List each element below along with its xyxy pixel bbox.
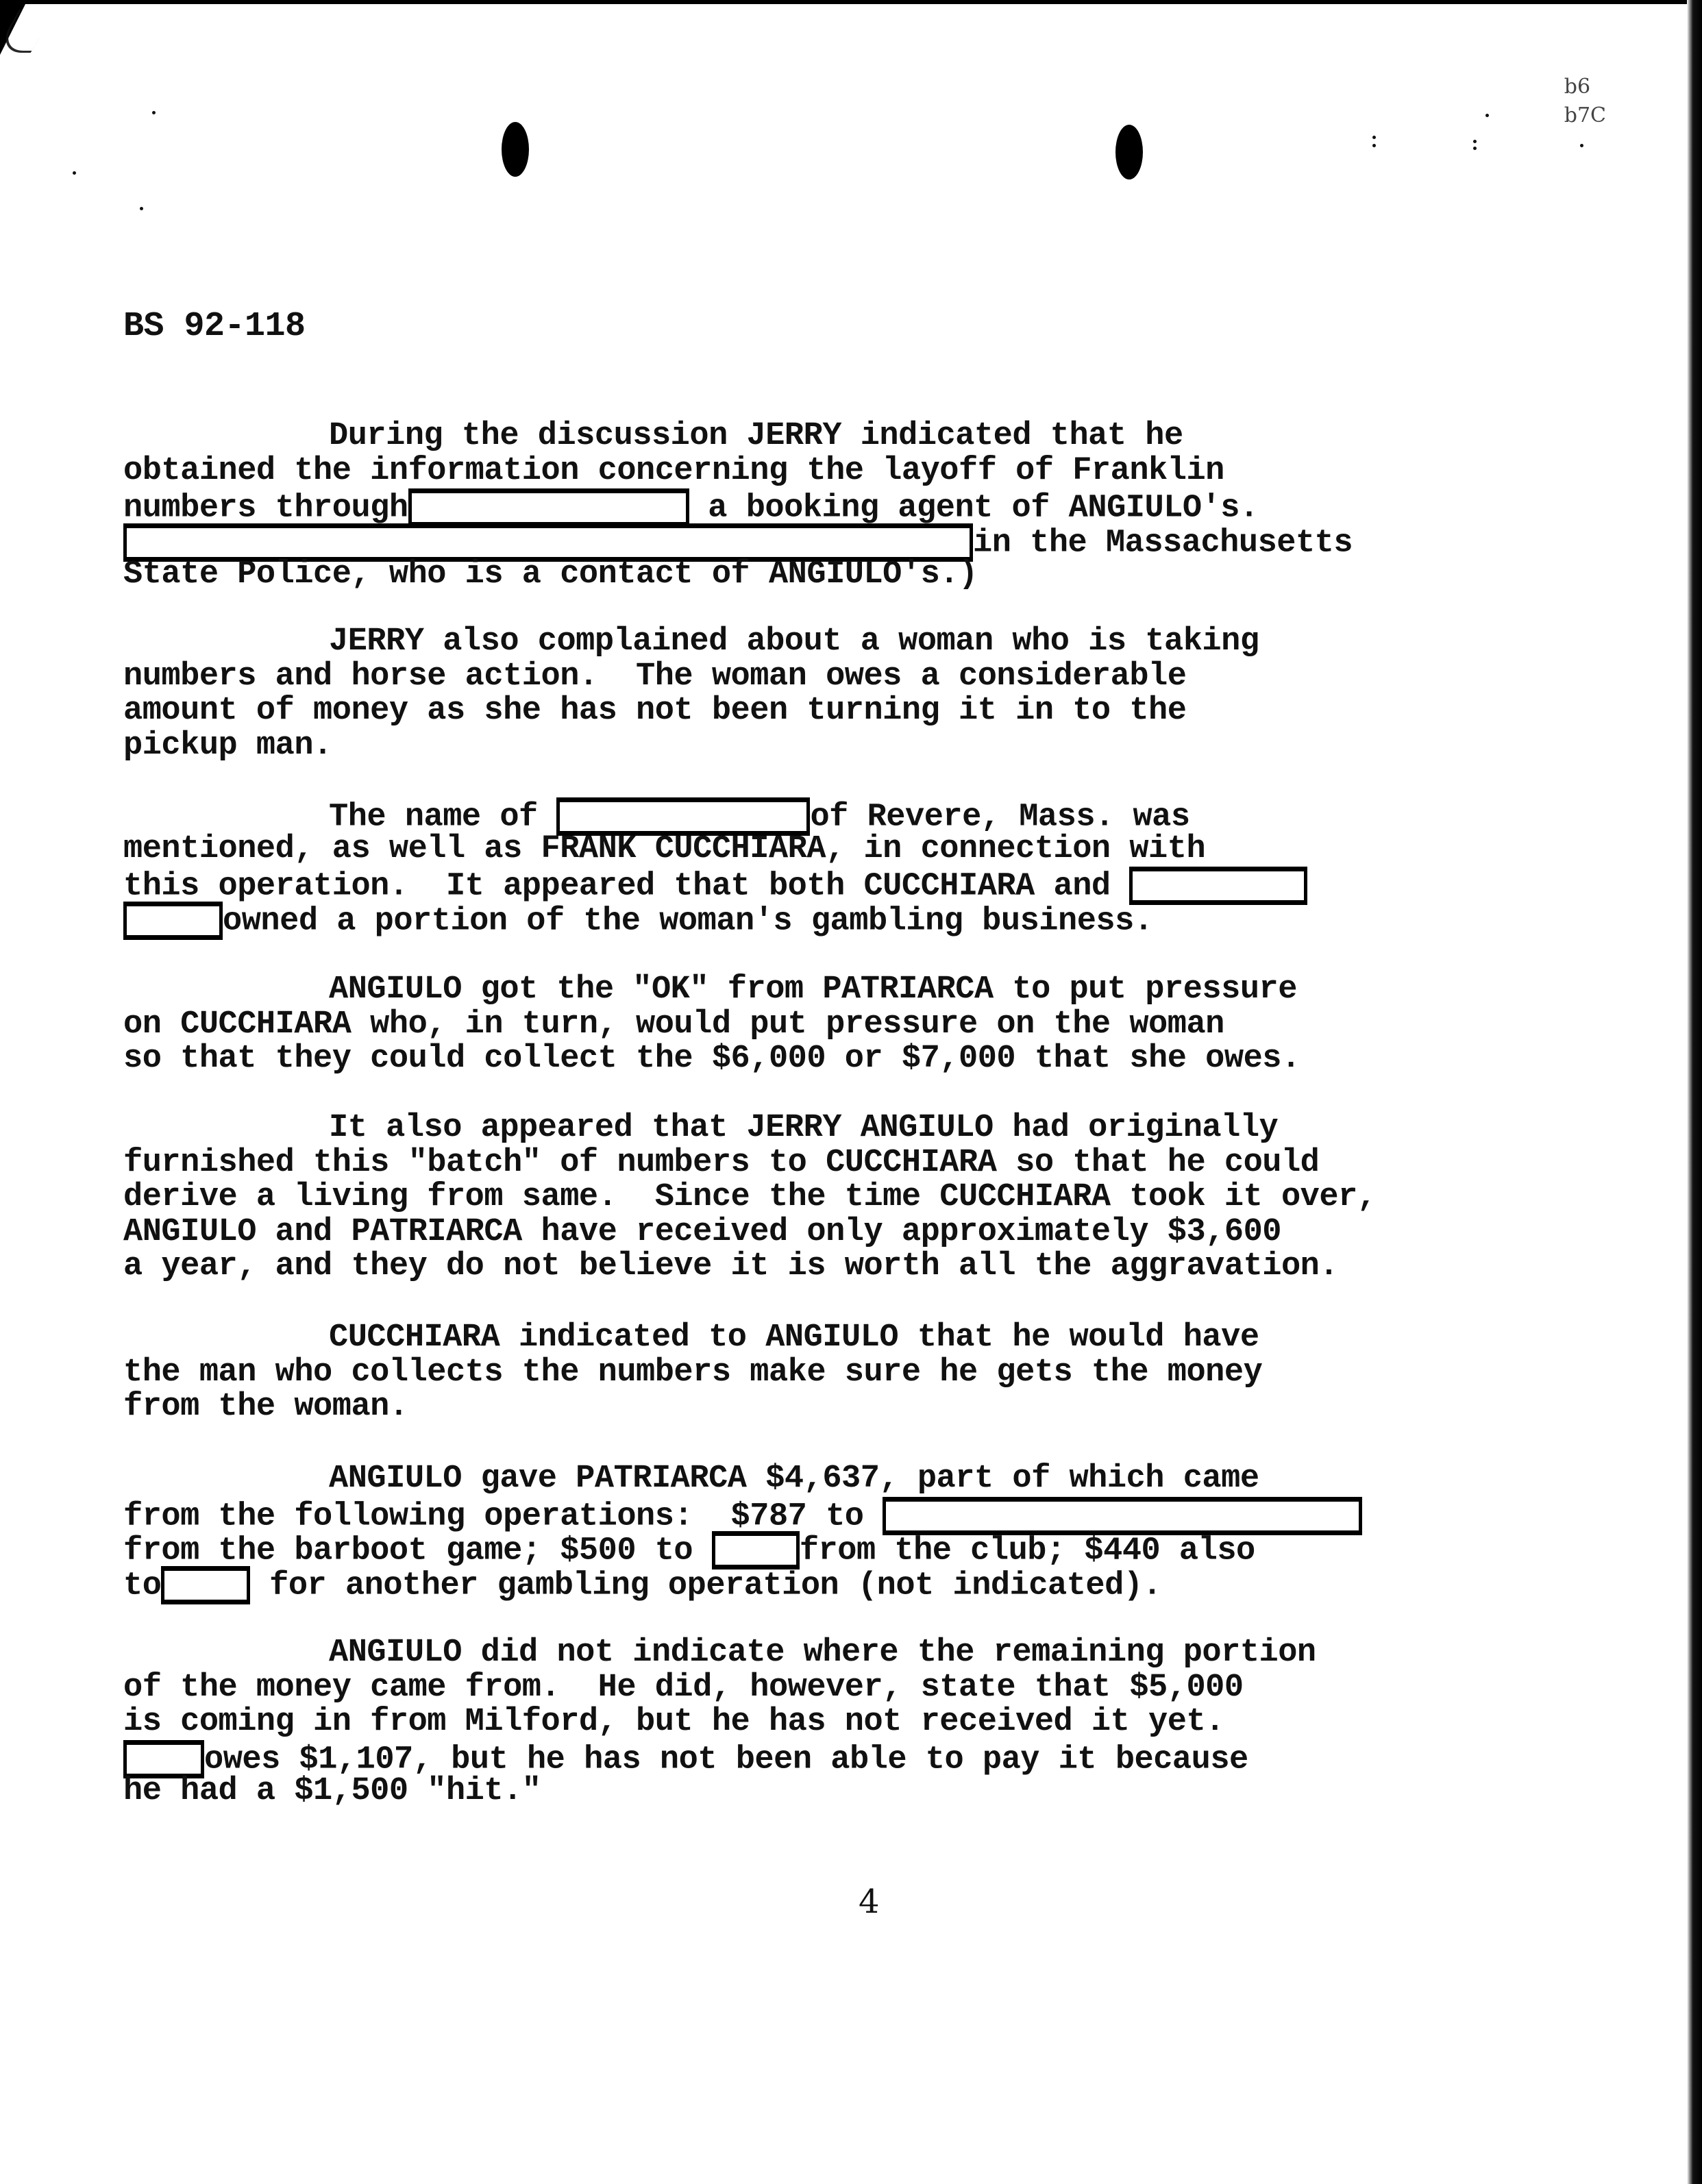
paragraph: CUCCHIARA indicated to ANGIULO that he w… [123,1321,1262,1425]
text-line: from the woman. [123,1390,1262,1425]
text-run: The name of [329,799,556,835]
text-line: this operation. It appeared that both CU… [123,867,1307,902]
redaction-box [1129,867,1307,905]
paragraph: ANGIULO got the "OK" from PATRIARCA to p… [123,973,1300,1077]
text-run: this operation. It appeared that both CU… [123,868,1129,904]
file-number: BS 92-118 [123,310,306,345]
text-line: It also appeared that JERRY ANGIULO had … [123,1111,1377,1146]
scan-edge-right [1687,0,1702,2184]
text-run: numbers through [123,490,408,526]
speck [73,171,76,175]
text-run: of the money came from. He did, however,… [123,1670,1244,1706]
text-line: to for another gambling operation (not i… [123,1566,1362,1601]
speck [1580,144,1583,147]
text-line: JERRY also complained about a woman who … [123,625,1259,660]
punch-hole-left [502,122,529,177]
speck [1372,144,1376,147]
text-run: JERRY also complained about a woman who … [329,623,1259,660]
paragraph: ANGIULO did not indicate where the remai… [123,1636,1316,1809]
text-run: he had a $1,500 "hit." [123,1773,541,1809]
text-run: State Police, who is a contact of ANGIUL… [123,556,978,593]
text-line: State Police, who is a contact of ANGIUL… [123,558,1353,593]
text-run: CUCCHIARA indicated to ANGIULO that he w… [329,1319,1259,1356]
paragraph: ANGIULO gave PATRIARCA $4,637, part of w… [123,1462,1362,1600]
punch-hole-right [1115,125,1143,179]
text-line: ANGIULO got the "OK" from PATRIARCA to p… [123,973,1300,1008]
text-run: obtained the information concerning the … [123,453,1224,489]
text-line: owned a portion of the woman's gambling … [123,902,1307,936]
redaction-box [712,1531,800,1569]
redaction-box [408,488,689,527]
text-run: from the woman. [123,1389,408,1425]
text-line: from the following operations: $787 to [123,1497,1362,1532]
redaction-box [161,1566,250,1604]
speck [1473,147,1477,150]
text-run: mentioned, as well as FRANK CUCCHIARA, i… [123,831,1205,867]
page-number: 4 [859,1883,880,1921]
text-run: pickup man. [123,728,332,764]
text-line: ANGIULO gave PATRIARCA $4,637, part of w… [123,1462,1362,1497]
text-run: is coming in from Milford, but he has no… [123,1704,1224,1740]
text-run: for another gambling operation (not indi… [250,1567,1161,1604]
text-line: so that they could collect the $6,000 or… [123,1042,1300,1077]
redaction-box [123,902,223,940]
text-run: derive a living from same. Since the tim… [123,1179,1377,1215]
text-line: mentioned, as well as FRANK CUCCHIARA, i… [123,832,1307,867]
text-line: derive a living from same. Since the tim… [123,1180,1377,1215]
text-run: to [123,1567,161,1604]
text-run: It also appeared that JERRY ANGIULO had … [329,1110,1278,1146]
text-line: in the Massachusetts [123,523,1353,558]
paragraph: JERRY also complained about a woman who … [123,625,1259,763]
paragraph: It also appeared that JERRY ANGIULO had … [123,1111,1377,1285]
exemption-code: b7C [1564,101,1606,130]
text-line: The name of of Revere, Mass. was [123,797,1307,832]
speck [140,207,143,210]
text-run: from the following operations: $787 to [123,1498,883,1535]
text-run: During the discussion JERRY indicated th… [329,418,1183,454]
text-line: owes $1,107, but he has not been able to… [123,1740,1316,1775]
text-line: During the discussion JERRY indicated th… [123,419,1353,454]
text-line: ANGIULO and PATRIARCA have received only… [123,1215,1377,1250]
text-line: amount of money as she has not been turn… [123,694,1259,729]
text-line: from the barboot game; $500 to from the … [123,1531,1362,1566]
text-line: pickup man. [123,729,1259,764]
text-run: on CUCCHIARA who, in turn, would put pre… [123,1006,1224,1043]
text-run: from the club; $440 also [800,1532,1255,1569]
text-line: he had a $1,500 "hit." [123,1774,1316,1809]
text-line: of the money came from. He did, however,… [123,1671,1316,1706]
text-line: numbers and horse action. The woman owes… [123,660,1259,695]
text-run: ANGIULO and PATRIARCA have received only… [123,1214,1281,1250]
paragraph: The name of of Revere, Mass. wasmentione… [123,797,1307,936]
text-run: of Revere, Mass. was [810,799,1189,835]
text-line: a year, and they do not believe it is wo… [123,1250,1377,1285]
text-run: in the Massachusetts [973,525,1353,561]
speck [1485,114,1489,117]
scan-edge-top [0,0,1702,4]
text-run: so that they could collect the $6,000 or… [123,1041,1300,1077]
exemption-code: b6 [1564,73,1606,101]
speck [1473,140,1477,143]
text-run: a year, and they do not believe it is wo… [123,1248,1338,1285]
text-run: amount of money as she has not been turn… [123,693,1186,729]
text-run: the man who collects the numbers make su… [123,1354,1262,1391]
text-run: a booking agent of ANGIULO's. [689,490,1259,526]
paragraph: During the discussion JERRY indicated th… [123,419,1353,593]
document-page: b6 b7C BS 92-118 During the discussion J… [0,0,1702,2184]
text-line: ANGIULO did not indicate where the remai… [123,1636,1316,1671]
text-line: obtained the information concerning the … [123,454,1353,489]
exemption-codes: b6 b7C [1564,73,1606,130]
text-line: CUCCHIARA indicated to ANGIULO that he w… [123,1321,1262,1356]
text-run: furnished this "batch" of numbers to CUC… [123,1145,1319,1181]
text-line: the man who collects the numbers make su… [123,1356,1262,1391]
text-line: numbers through a booking agent of ANGIU… [123,488,1353,523]
text-run: numbers and horse action. The woman owes… [123,658,1186,695]
text-run: ANGIULO did not indicate where the remai… [329,1635,1316,1671]
text-line: furnished this "batch" of numbers to CUC… [123,1146,1377,1181]
text-line: on CUCCHIARA who, in turn, would put pre… [123,1008,1300,1043]
text-run: ANGIULO got the "OK" from PATRIARCA to p… [329,971,1297,1008]
text-run: ANGIULO gave PATRIARCA $4,637, part of w… [329,1461,1259,1497]
speck [1372,136,1376,139]
speck [152,111,156,114]
text-run: owes $1,107, but he has not been able to… [204,1741,1248,1778]
text-run: owned a portion of the woman's gambling … [223,903,1153,939]
text-run: from the barboot game; $500 to [123,1532,712,1569]
redaction-box [883,1497,1362,1535]
text-line: is coming in from Milford, but he has no… [123,1705,1316,1740]
